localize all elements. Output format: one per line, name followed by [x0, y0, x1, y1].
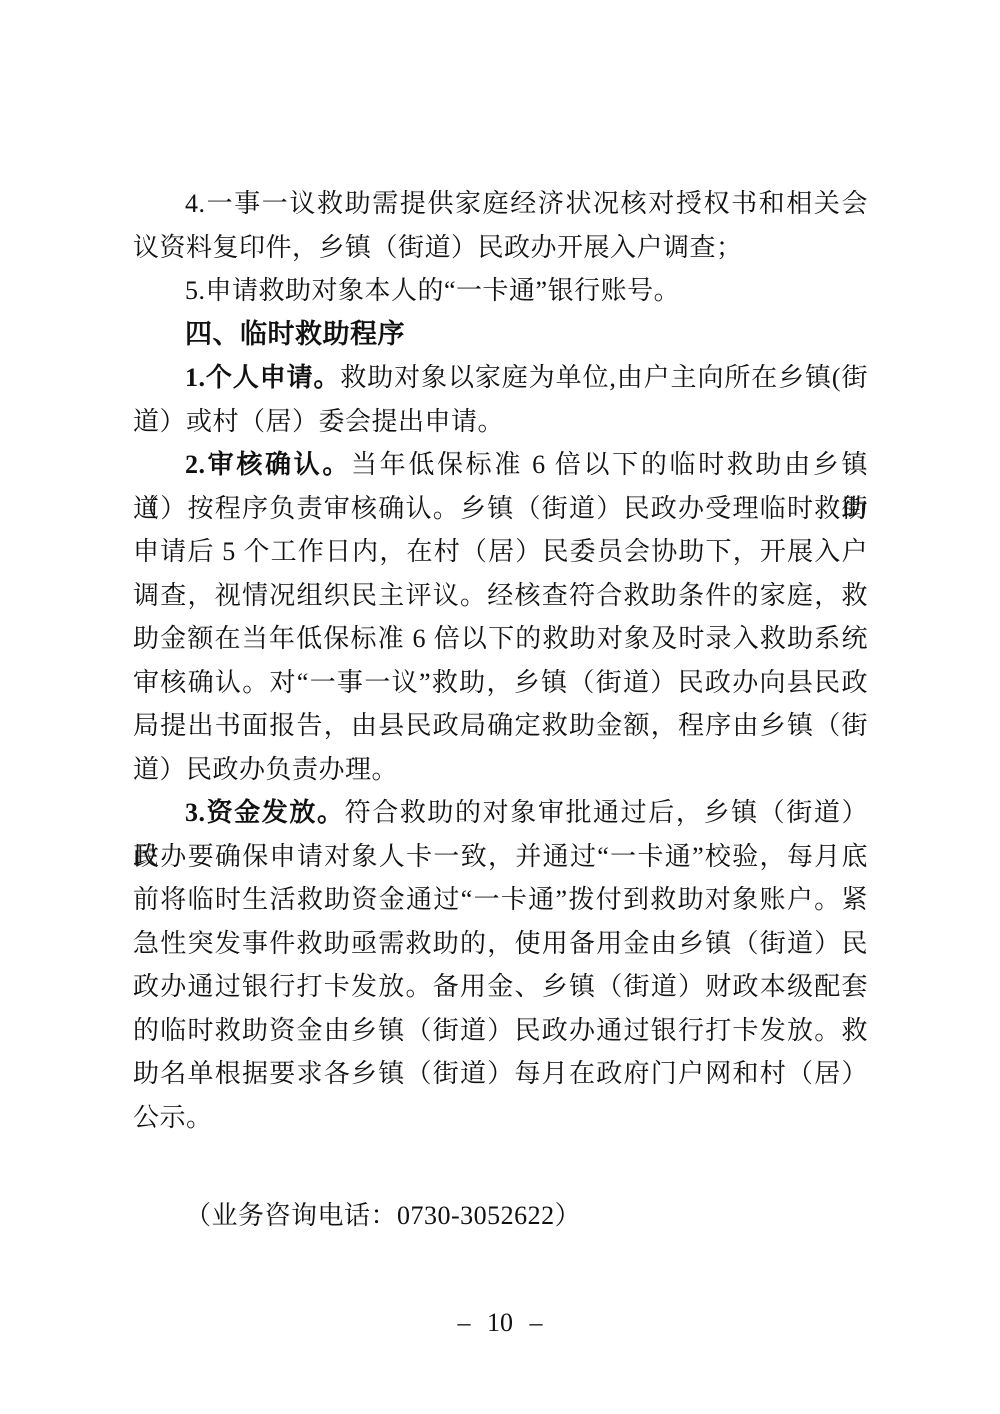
- text-line: 公示。: [133, 1096, 868, 1140]
- paragraph-number-label: 1.个人申请。: [185, 363, 340, 392]
- text-line: 的临时救助资金由乡镇（街道）民政办通过银行打卡发放。救: [133, 1009, 868, 1053]
- text-line: （业务咨询电话：0730-3052622）: [133, 1194, 868, 1238]
- text-line: 调查，视情况组织民主评议。经核查符合救助条件的家庭，救: [133, 574, 868, 618]
- text-line: 前将临时生活救助资金通过“一卡通”拨付到救助对象账户。紧: [133, 878, 868, 922]
- document-page: 4.一事一议救助需提供家庭经济状况核对授权书和相关会议资料复印件，乡镇（街道）民…: [0, 0, 1000, 1414]
- text-line: 局提出书面报告，由县民政局确定救助金额，程序由乡镇（街: [133, 704, 868, 748]
- text-line: 道）按程序负责审核确认。乡镇（街道）民政办受理临时救助: [133, 487, 868, 531]
- text-line: 4.一事一议救助需提供家庭经济状况核对授权书和相关会: [133, 182, 868, 226]
- text-line: 道）或村（居）委会提出申请。: [133, 400, 868, 444]
- text-line: 5.申请救助对象本人的“一卡通”银行账号。: [133, 269, 868, 313]
- paragraph-number-label: 3.资金发放。: [185, 798, 345, 827]
- text-line: 2.审核确认。当年低保标准 6 倍以下的临时救助由乡镇（街: [133, 443, 868, 487]
- body-text: 4.一事一议救助需提供家庭经济状况核对授权书和相关会议资料复印件，乡镇（街道）民…: [133, 182, 868, 1238]
- paragraph-number-label: 2.审核确认。: [185, 450, 351, 479]
- text-line: 申请后 5 个工作日内，在村（居）民委员会协助下，开展入户: [133, 530, 868, 574]
- text-line: 政办通过银行打卡发放。备用金、乡镇（街道）财政本级配套: [133, 965, 868, 1009]
- text-line: 助名单根据要求各乡镇（街道）每月在政府门户网和村（居）: [133, 1052, 868, 1096]
- text-line: 审核确认。对“一事一议”救助，乡镇（街道）民政办向县民政: [133, 661, 868, 705]
- text-line: 助金额在当年低保标准 6 倍以下的救助对象及时录入救助系统: [133, 617, 868, 661]
- text-line: 急性突发事件救助亟需救助的，使用备用金由乡镇（街道）民: [133, 922, 868, 966]
- text-line: 3.资金发放。符合救助的对象审批通过后，乡镇（街道）民: [133, 791, 868, 835]
- section-heading: 四、临时救助程序: [133, 313, 868, 357]
- text-line: 议资料复印件，乡镇（街道）民政办开展入户调查；: [133, 226, 868, 270]
- text-line: 1.个人申请。救助对象以家庭为单位,由户主向所在乡镇(街: [133, 356, 868, 400]
- text-line: 政办要确保申请对象人卡一致，并通过“一卡通”校验，每月底: [133, 835, 868, 879]
- text-line: 道）民政办负责办理。: [133, 748, 868, 792]
- blank-line: [133, 1139, 868, 1194]
- page-number: – 10 –: [0, 1308, 1000, 1338]
